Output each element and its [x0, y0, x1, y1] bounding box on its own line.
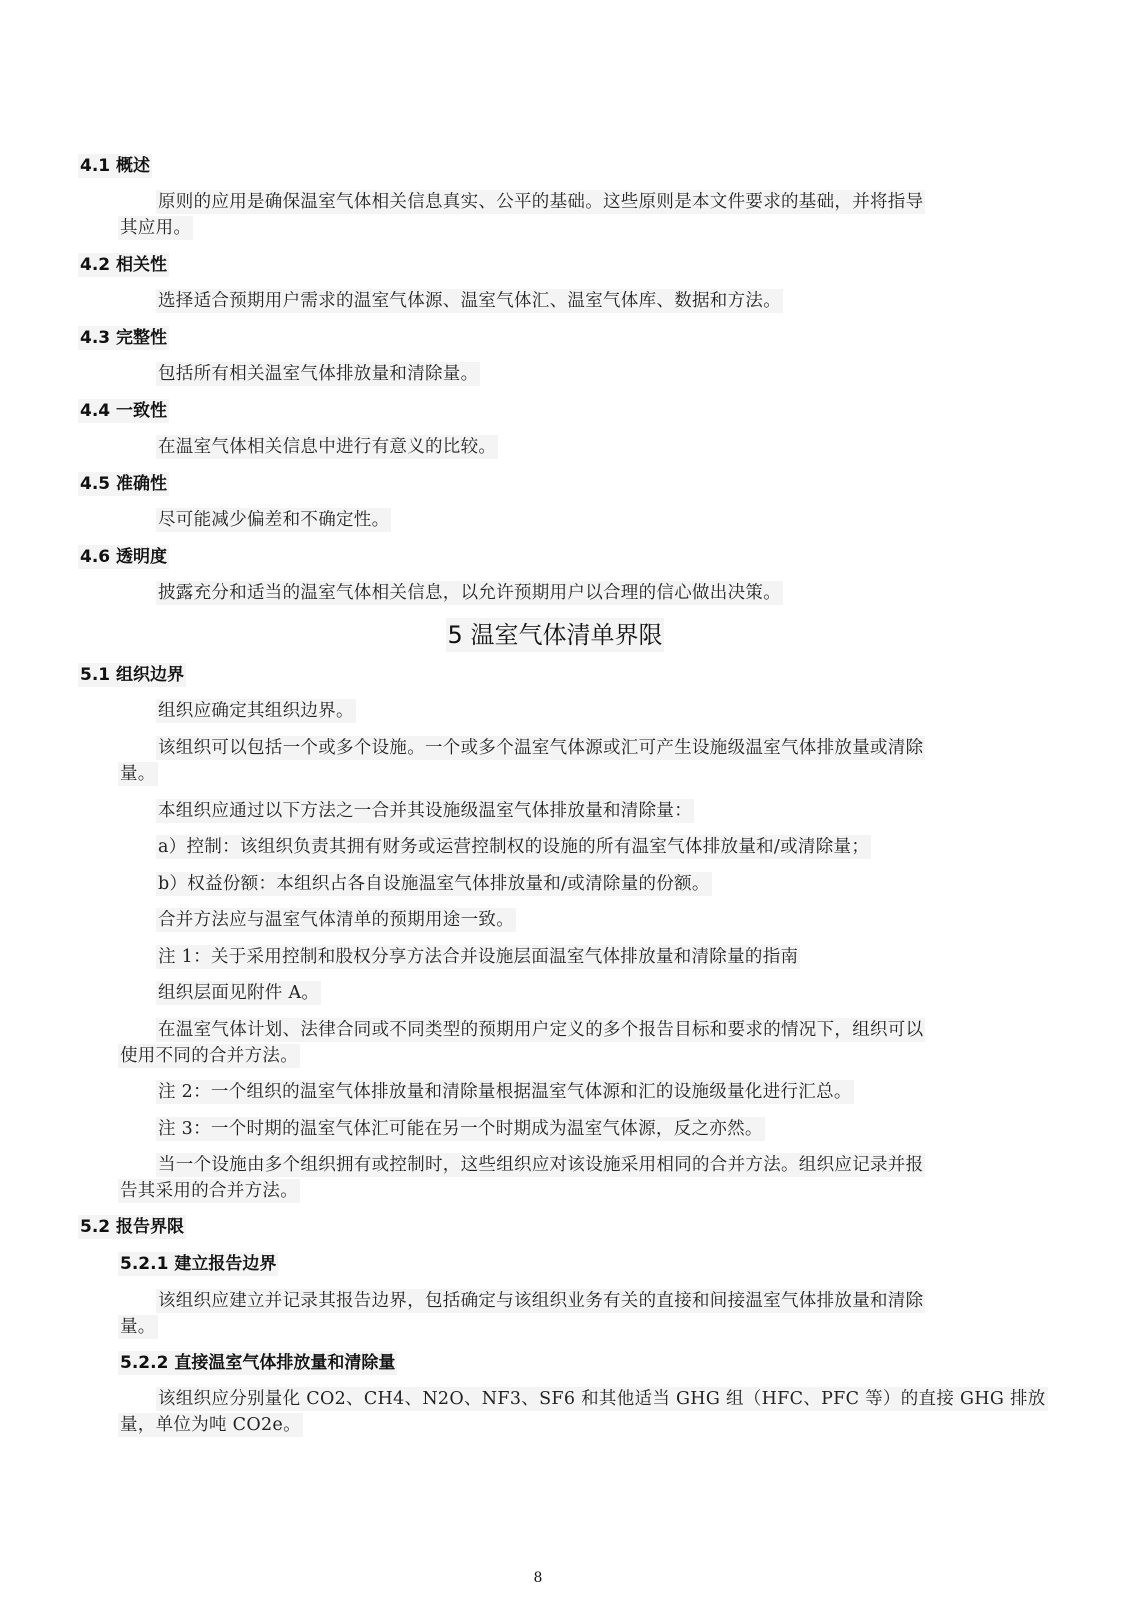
subsection-heading-5-2-2: 5.2.2 直接温室气体排放量和清除量	[118, 1351, 397, 1375]
document-page: 4.1 概述 原则的应用是确保温室气体相关信息真实、公平的基础。这些原则是本文件…	[0, 0, 1130, 1600]
section-heading-5-1: 5.1 组织边界	[78, 663, 186, 687]
paragraph: 在温室气体相关信息中进行有意义的比较。	[156, 435, 498, 459]
list-item-a: a）控制：该组织负责其拥有财务或运营控制权的设施的所有温室气体排放量和/或清除量…	[156, 835, 871, 859]
list-item-b: b）权益份额：本组织占各自设施温室气体排放量和/或清除量的份额。	[156, 872, 712, 896]
paragraph-continuation: 使用不同的合并方法。	[118, 1044, 300, 1068]
note-1-continuation: 组织层面见附件 A。	[156, 981, 321, 1005]
section-heading-4-6: 4.6 透明度	[78, 545, 169, 569]
section-heading-4-3: 4.3 完整性	[78, 326, 169, 350]
paragraph: 该组织应建立并记录其报告边界，包括确定与该组织业务有关的直接和间接温室气体排放量…	[156, 1289, 925, 1313]
section-heading-4-1: 4.1 概述	[78, 154, 152, 178]
paragraph: 组织应确定其组织边界。	[156, 699, 356, 723]
paragraph-continuation: 告其采用的合并方法。	[118, 1179, 300, 1203]
page-number: 8	[0, 1566, 1076, 1590]
paragraph: 在温室气体计划、法律合同或不同类型的预期用户定义的多个报告目标和要求的情况下，组…	[156, 1018, 925, 1042]
paragraph: 该组织可以包括一个或多个设施。一个或多个温室气体源或汇可产生设施级温室气体排放量…	[156, 736, 925, 760]
paragraph: 合并方法应与温室气体清单的预期用途一致。	[156, 908, 516, 932]
section-heading-4-2: 4.2 相关性	[78, 253, 169, 277]
paragraph: 本组织应通过以下方法之一合并其设施级温室气体排放量和清除量：	[156, 799, 694, 823]
paragraph: 包括所有相关温室气体排放量和清除量。	[156, 362, 480, 386]
paragraph: 尽可能减少偏差和不确定性。	[156, 508, 391, 532]
paragraph-continuation: 量。	[118, 762, 158, 786]
section-heading-5-2: 5.2 报告界限	[78, 1215, 186, 1239]
paragraph: 披露充分和适当的温室气体相关信息，以允许预期用户以合理的信心做出决策。	[156, 581, 783, 605]
paragraph: 选择适合预期用户需求的温室气体源、温室气体汇、温室气体库、数据和方法。	[156, 289, 783, 313]
paragraph: 原则的应用是确保温室气体相关信息真实、公平的基础。这些原则是本文件要求的基础，并…	[156, 190, 925, 214]
note-3: 注 3：一个时期的温室气体汇可能在另一个时期成为温室气体源，反之亦然。	[156, 1117, 765, 1141]
section-heading-4-4: 4.4 一致性	[78, 399, 169, 423]
chapter-title: 5 温室气体清单界限	[0, 618, 1110, 652]
paragraph: 当一个设施由多个组织拥有或控制时，这些组织应对该设施采用相同的合并方法。组织应记…	[156, 1153, 925, 1177]
section-heading-4-5: 4.5 准确性	[78, 472, 169, 496]
paragraph-continuation: 量，单位为吨 CO2e。	[118, 1413, 303, 1437]
paragraph: 该组织应分别量化 CO2、CH4、N2O、NF3、SF6 和其他适当 GHG 组…	[156, 1387, 1048, 1411]
paragraph-continuation: 量。	[118, 1315, 158, 1339]
paragraph-continuation: 其应用。	[118, 216, 193, 240]
note-1: 注 1：关于采用控制和股权分享方法合并设施层面温室气体排放量和清除量的指南	[156, 945, 800, 969]
subsection-heading-5-2-1: 5.2.1 建立报告边界	[118, 1252, 278, 1276]
note-2: 注 2：一个组织的温室气体排放量和清除量根据温室气体源和汇的设施级量化进行汇总。	[156, 1080, 854, 1104]
